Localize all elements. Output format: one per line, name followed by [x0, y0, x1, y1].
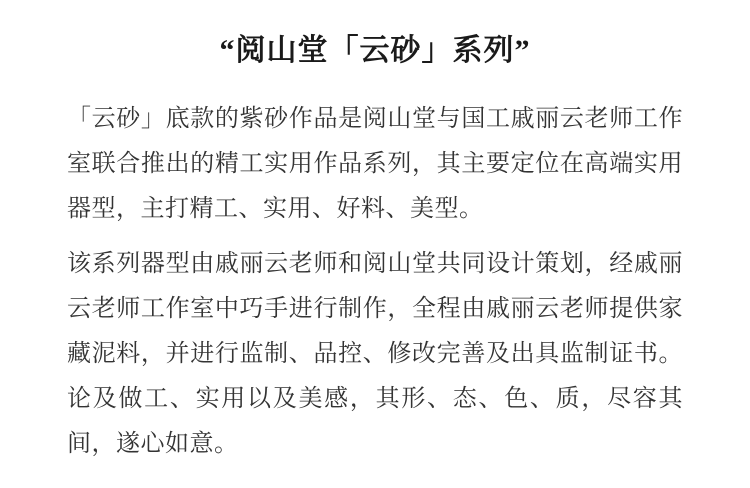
article-paragraph: 该系列器型由戚丽云老师和阅山堂共同设计策划，经戚丽云老师工作室中巧手进行制作，全… [67, 241, 683, 466]
document-page: “阅山堂「云砂」系列” 「云砂」底款的紫砂作品是阅山堂与国工戚丽云老师工作室联合… [0, 0, 750, 488]
article-body: 「云砂」底款的紫砂作品是阅山堂与国工戚丽云老师工作室联合推出的精工实用作品系列，… [67, 96, 683, 466]
article-paragraph: 「云砂」底款的紫砂作品是阅山堂与国工戚丽云老师工作室联合推出的精工实用作品系列，… [67, 96, 683, 231]
page-title: “阅山堂「云砂」系列” [0, 0, 750, 71]
